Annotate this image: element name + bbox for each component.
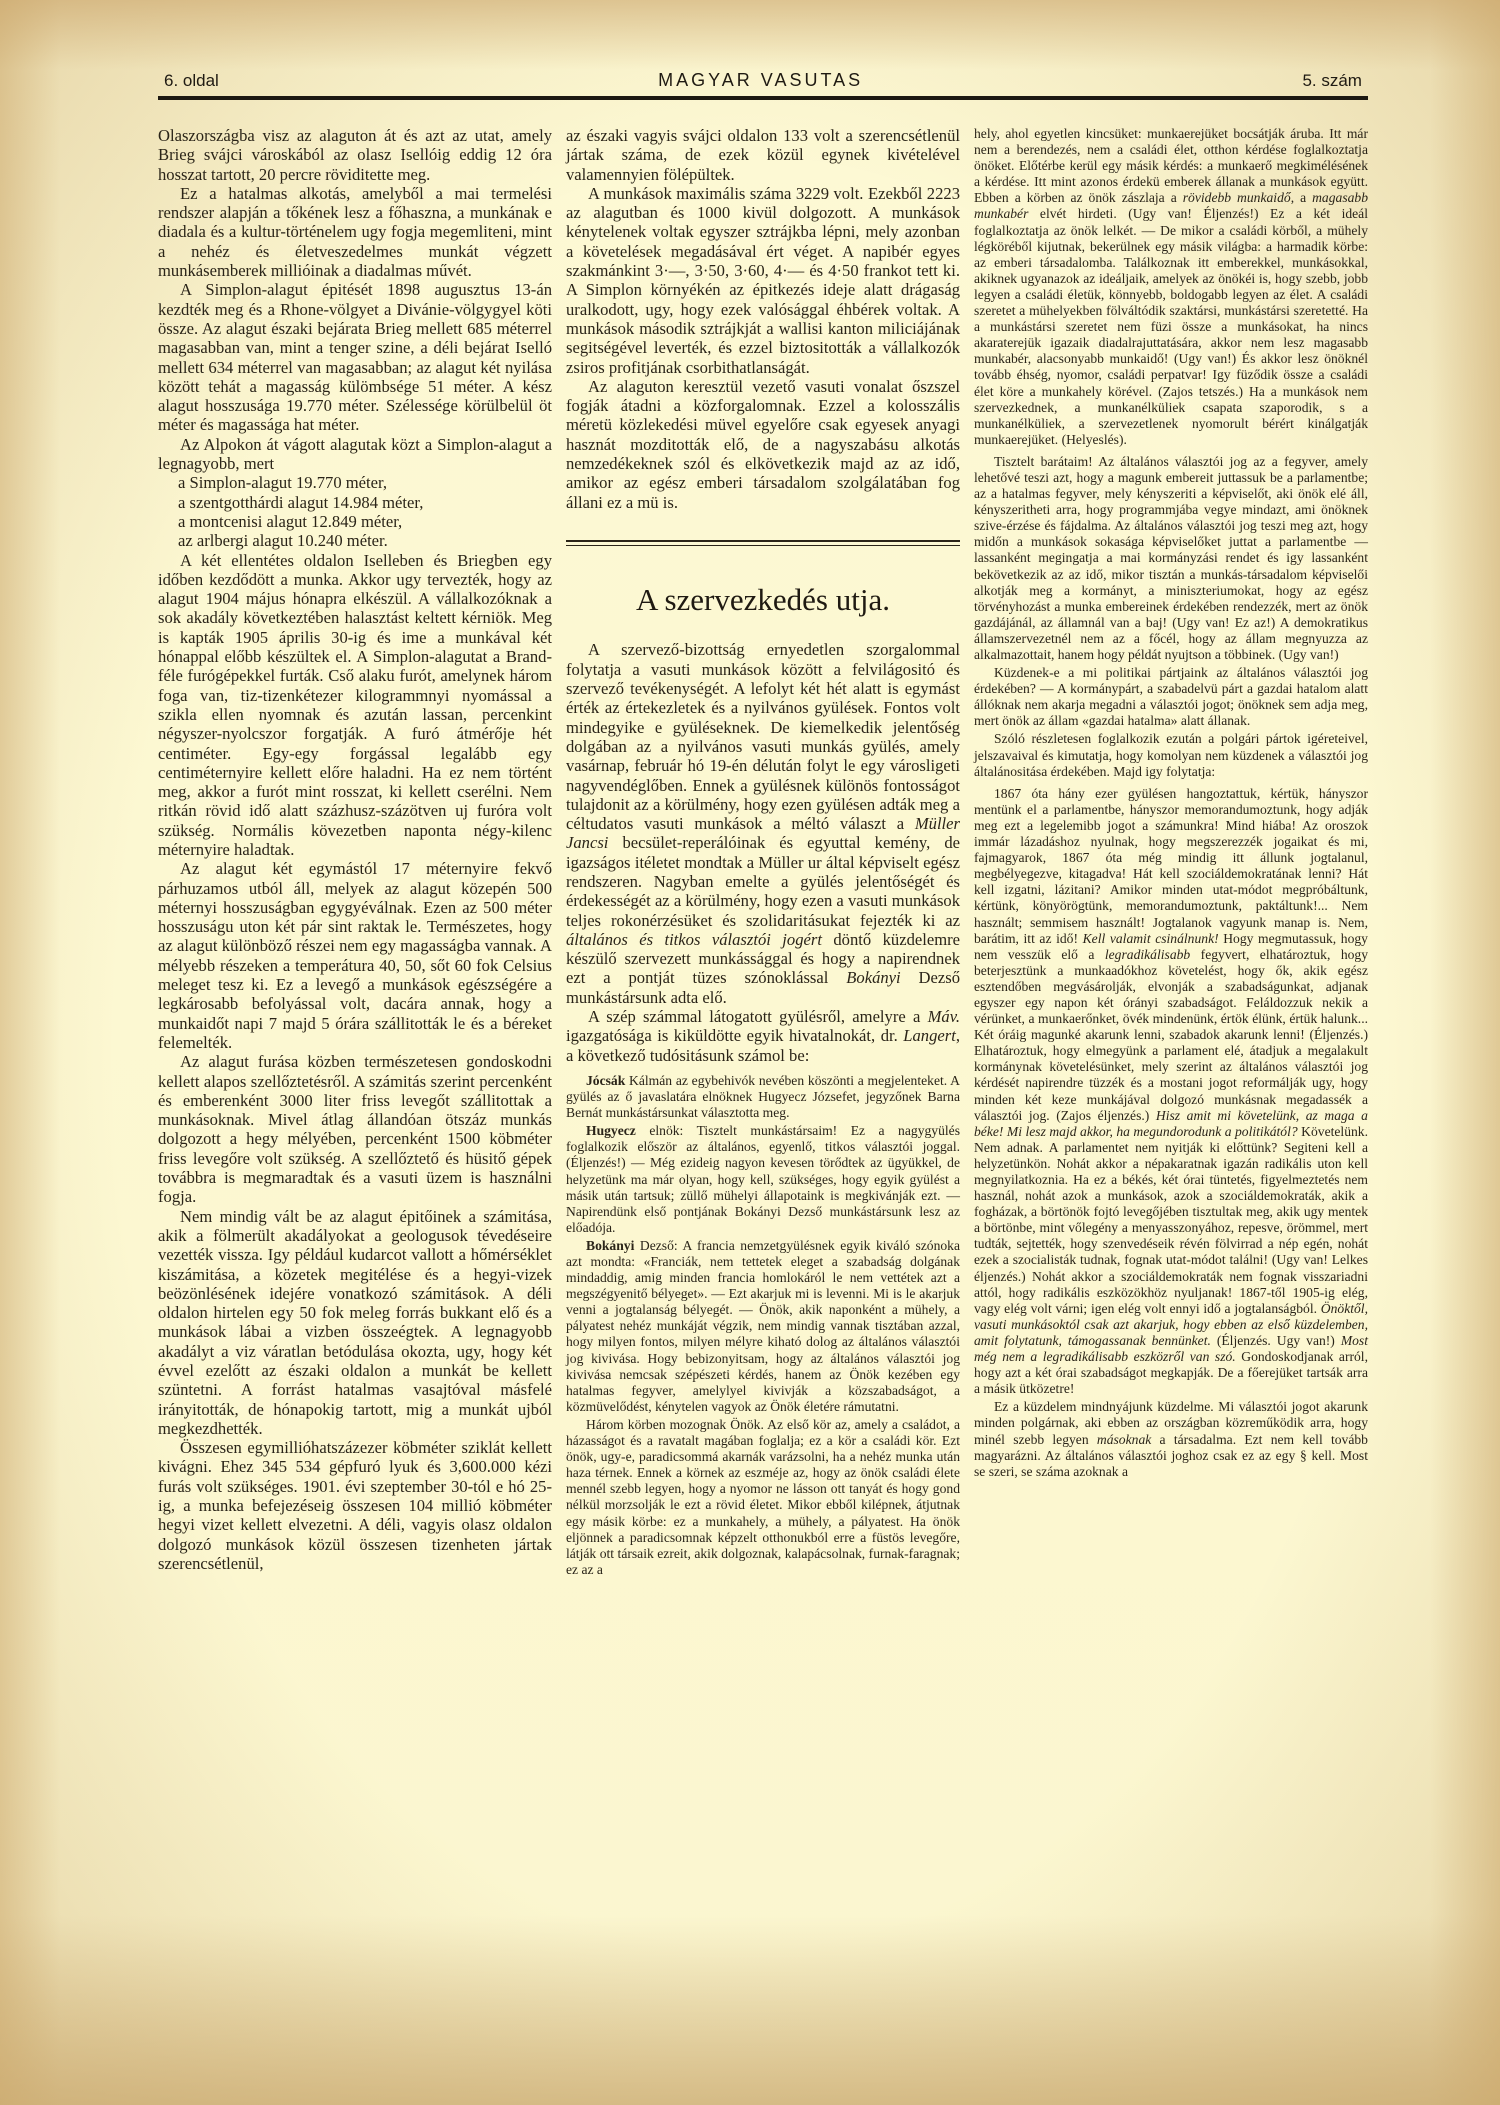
tunnel-list-item: a Simplon-alagut 19.770 méter, bbox=[158, 473, 552, 492]
paragraph: Az alaguton keresztül vezető vasuti vona… bbox=[566, 377, 960, 512]
header-rule bbox=[158, 96, 1368, 100]
report-paragraph: Tisztelt barátaim! Az általános választó… bbox=[974, 454, 1368, 663]
paper-edge-bottom bbox=[0, 1915, 1500, 2105]
page-header: 6. oldal MAGYAR VASUTAS 5. szám bbox=[158, 70, 1368, 94]
paragraph: Az alagut két egymástól 17 méternyire fe… bbox=[158, 859, 552, 1052]
report-paragraph: Hugyecz elnök: Tisztelt munkástársaim! E… bbox=[566, 1123, 960, 1236]
paper-edge-right bbox=[1430, 0, 1500, 2105]
report-paragraph: Három körben mozognak Önök. Az első kör … bbox=[566, 1417, 960, 1578]
paragraph: Nem mindig vált be az alagut épitőinek a… bbox=[158, 1207, 552, 1439]
tunnel-list-item: a szentgotthárdi alagut 14.984 méter, bbox=[158, 493, 552, 512]
tunnel-list-item: az arlbergi alagut 10.240 méter. bbox=[158, 531, 552, 550]
report-paragraph: Szóló részletesen foglalkozik ezután a p… bbox=[974, 731, 1368, 779]
section-divider bbox=[566, 540, 960, 547]
paragraph: A két ellentétes oldalon Iselleben és Br… bbox=[158, 551, 552, 860]
column-1: Olaszországba visz az alaguton át és azt… bbox=[158, 126, 552, 1578]
paragraph: Az alagut furása közben természetesen go… bbox=[158, 1052, 552, 1206]
report-paragraph: Bokányi Dezső: A francia nemzetgyülésnek… bbox=[566, 1238, 960, 1415]
article-headline: A szervezkedés utja. bbox=[566, 582, 960, 618]
paragraph: Összesen egymillióhatszázezer köbméter s… bbox=[158, 1438, 552, 1573]
paragraph: Olaszországba visz az alaguton át és azt… bbox=[158, 126, 552, 184]
report-paragraph: Ez a küzdelem mindnyájunk küzdelme. Mi v… bbox=[974, 1399, 1368, 1479]
newspaper-page: 6. oldal MAGYAR VASUTAS 5. szám Olaszors… bbox=[158, 70, 1368, 1578]
paragraph: A szép számmal látogatott gyülésről, ame… bbox=[566, 1007, 960, 1065]
paragraph: Az Alpokon át vágott alagutak közt a Sim… bbox=[158, 435, 552, 474]
report-paragraph: 1867 óta hány ezer gyülésen hangoztattuk… bbox=[974, 786, 1368, 1398]
report-paragraph: Küzdenek-e a mi politikai pártjaink az á… bbox=[974, 665, 1368, 729]
issue-number: 5. szám bbox=[1302, 71, 1362, 91]
columns: Olaszországba visz az alaguton át és azt… bbox=[158, 126, 1368, 1578]
report-paragraph: hely, ahol egyetlen kincsüket: munkaerej… bbox=[974, 126, 1368, 448]
tunnel-list-item: a montcenisi alagut 12.849 méter, bbox=[158, 512, 552, 531]
report-paragraph: Jócsák Kálmán az egybehivók nevében kösz… bbox=[566, 1073, 960, 1121]
paragraph: A munkások maximális száma 3229 volt. Ez… bbox=[566, 184, 960, 377]
paragraph: A szervező-bizottság ernyedetlen szorgal… bbox=[566, 640, 960, 1007]
report-section: Jócsák Kálmán az egybehivók nevében kösz… bbox=[566, 1073, 960, 1578]
page-number: 6. oldal bbox=[164, 71, 219, 91]
paper-edge-left bbox=[0, 0, 60, 2105]
paragraph: az északi vagyis svájci oldalon 133 volt… bbox=[566, 126, 960, 184]
paragraph: Ez a hatalmas alkotás, amelyből a mai te… bbox=[158, 184, 552, 280]
masthead: MAGYAR VASUTAS bbox=[658, 70, 863, 91]
column-3: hely, ahol egyetlen kincsüket: munkaerej… bbox=[974, 126, 1368, 1578]
paragraph: A Simplon-alagut épitését 1898 augusztus… bbox=[158, 280, 552, 434]
column-2: az északi vagyis svájci oldalon 133 volt… bbox=[566, 126, 960, 1578]
paper-edge-top bbox=[0, 0, 1500, 70]
